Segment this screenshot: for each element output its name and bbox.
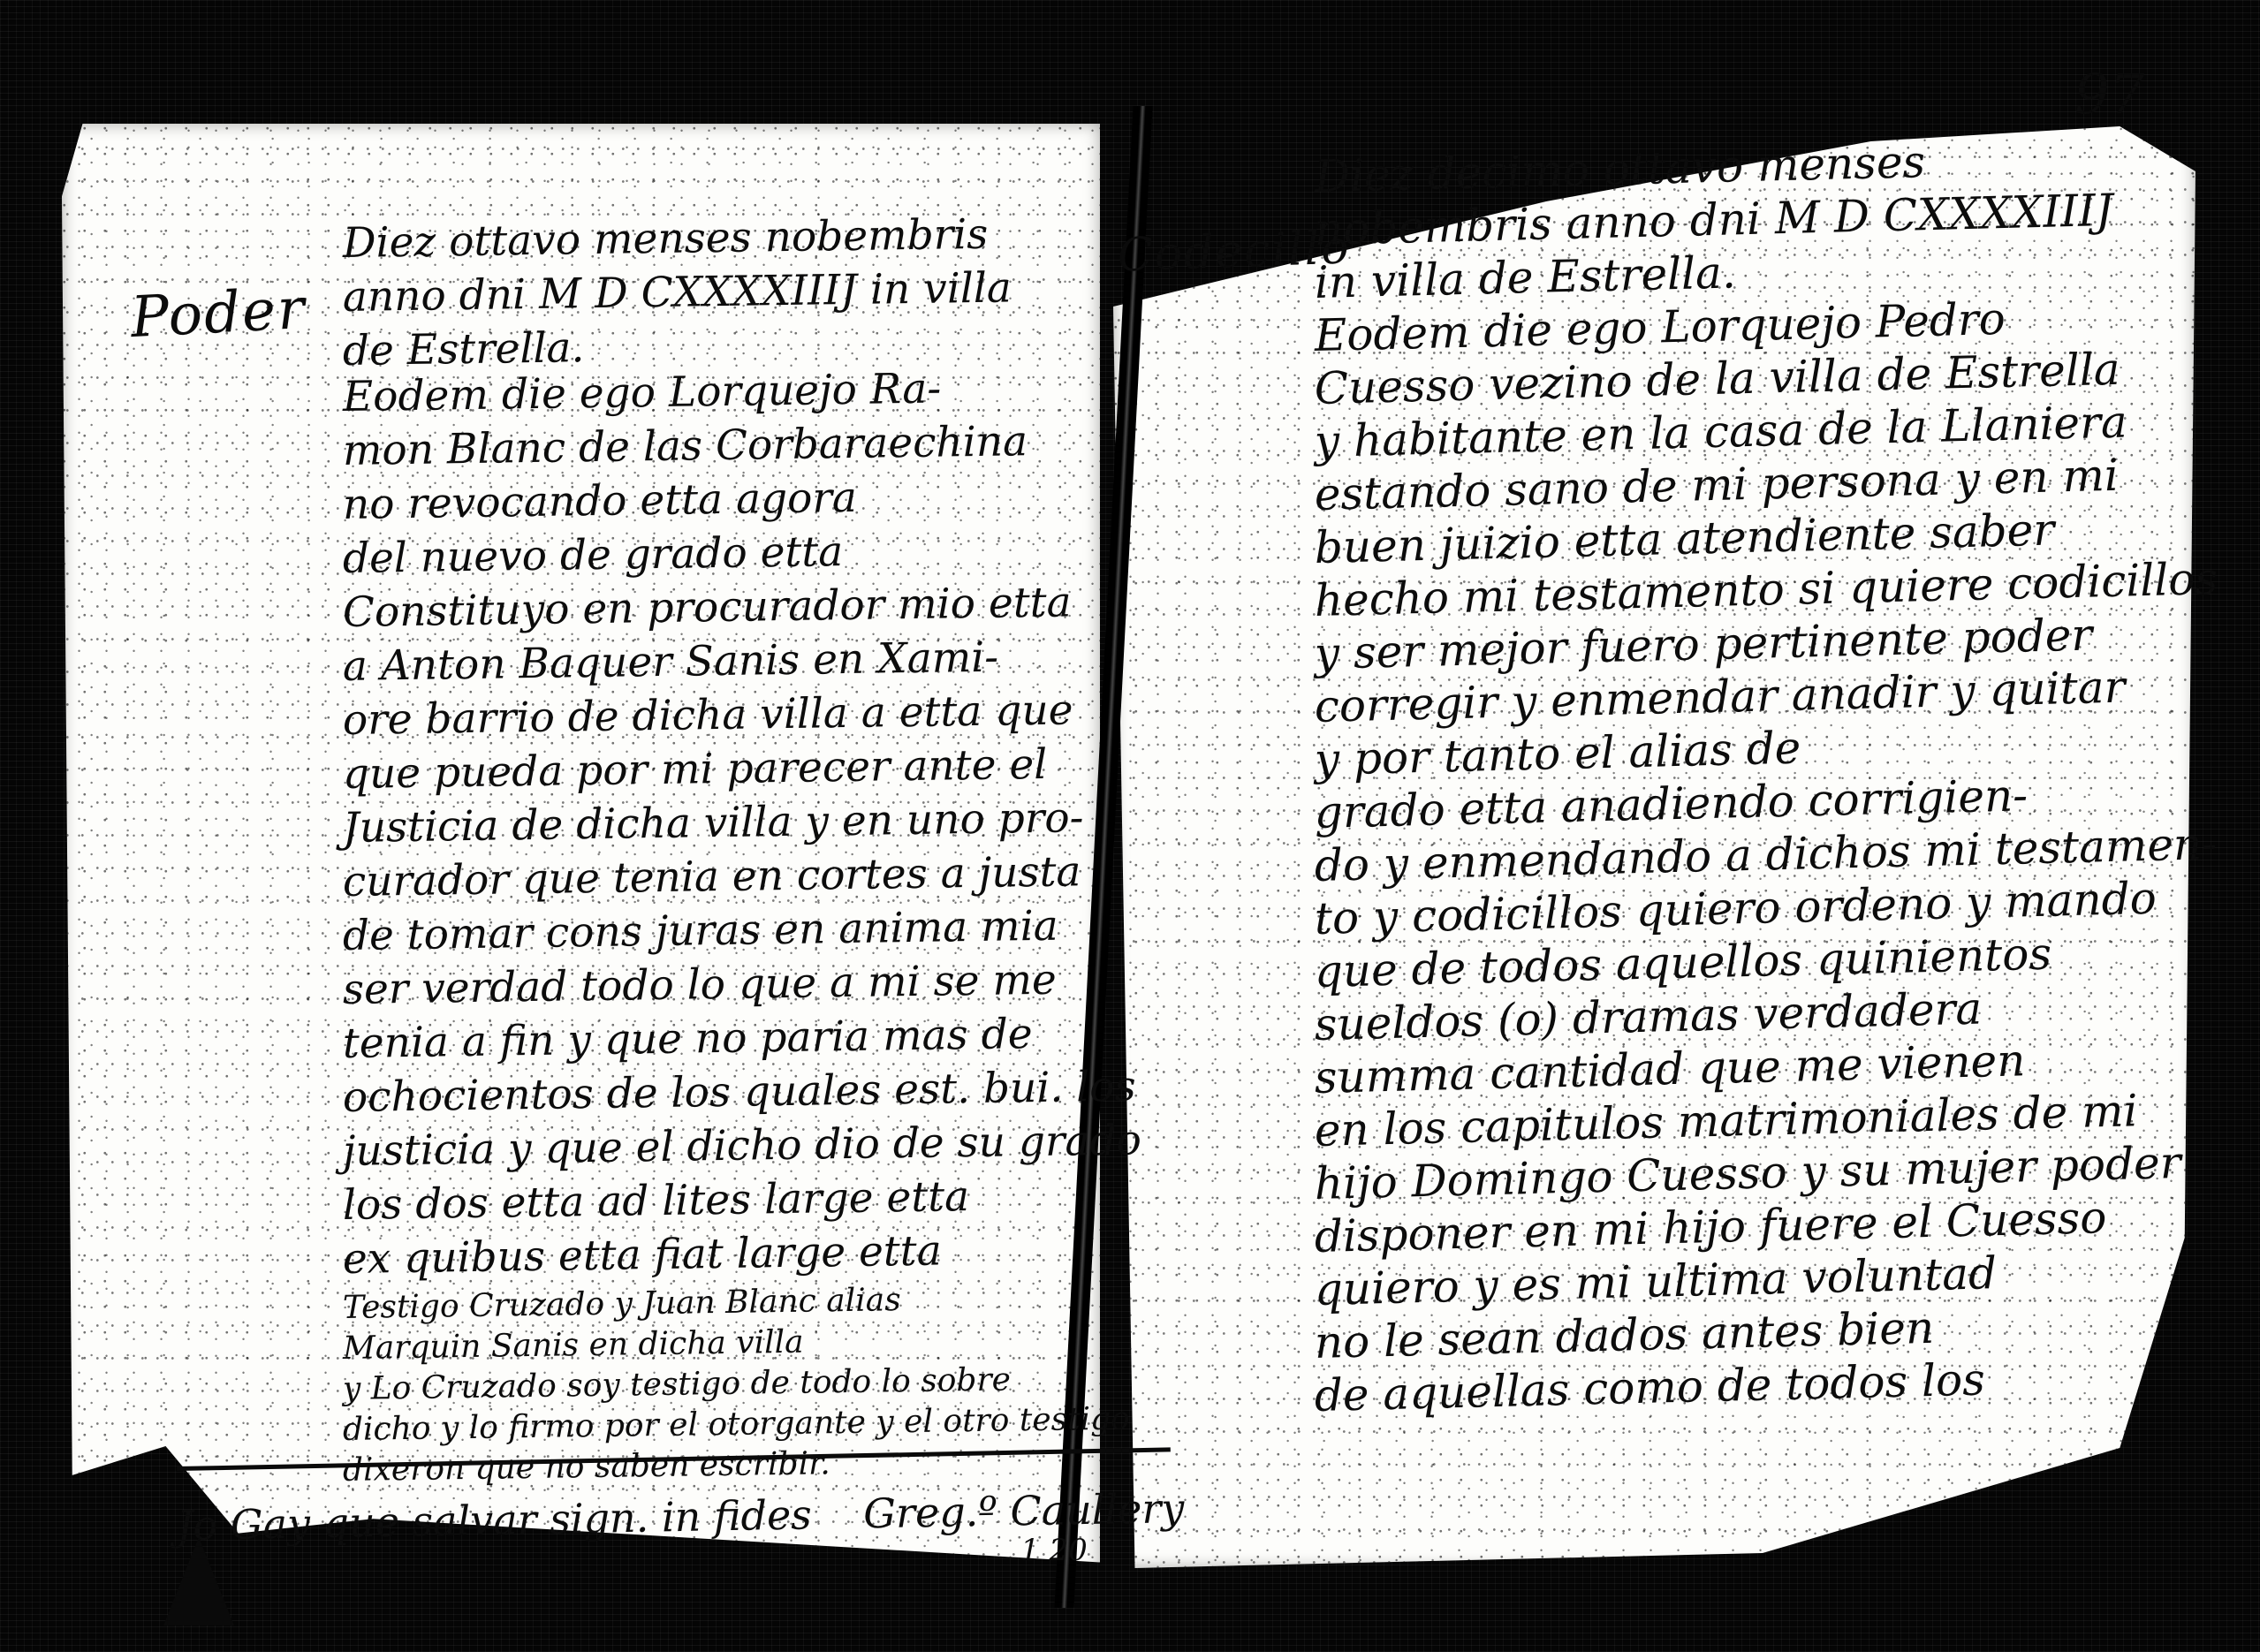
- page-corner: [163, 1537, 234, 1625]
- left-margin-heading: Poder: [129, 277, 307, 351]
- right-page-text: Diez decimo ottavo menses nobembris anno…: [1315, 155, 2218, 1427]
- footer-note: 1 20: [1020, 1533, 1088, 1568]
- folio-number: 97: [2074, 62, 2144, 126]
- signature-text: Jo Gay que salvar sign. in fides: [177, 1490, 813, 1550]
- left-page-text: Diez ottavo menses nobembris anno dni M …: [343, 223, 1141, 1496]
- signature-text-2: Greg.º Caullery: [863, 1484, 1185, 1537]
